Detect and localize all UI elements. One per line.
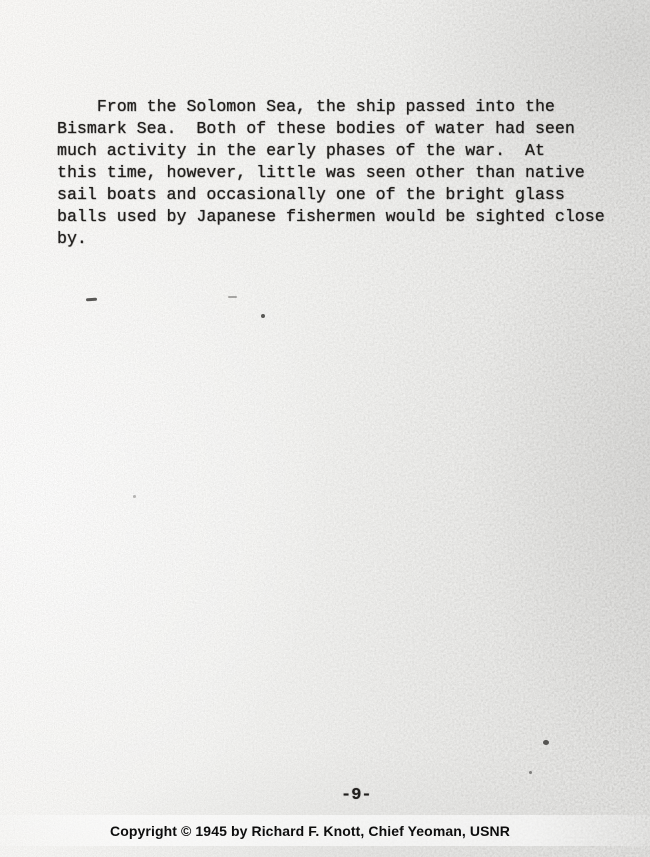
paper-speck bbox=[86, 298, 97, 301]
paper-speck bbox=[543, 740, 549, 745]
paper-speck bbox=[529, 771, 532, 774]
copyright-text: Copyright © 1945 by Richard F. Knott, Ch… bbox=[110, 823, 510, 839]
paper-speck bbox=[228, 296, 237, 298]
paper-speck bbox=[133, 495, 136, 498]
scanned-document-page: From the Solomon Sea, the ship passed in… bbox=[0, 0, 650, 857]
typewritten-paragraph: From the Solomon Sea, the ship passed in… bbox=[57, 96, 605, 250]
paper-speck bbox=[261, 314, 265, 318]
page-number: -9- bbox=[341, 786, 372, 805]
copyright-strip: Copyright © 1945 by Richard F. Knott, Ch… bbox=[0, 815, 650, 846]
